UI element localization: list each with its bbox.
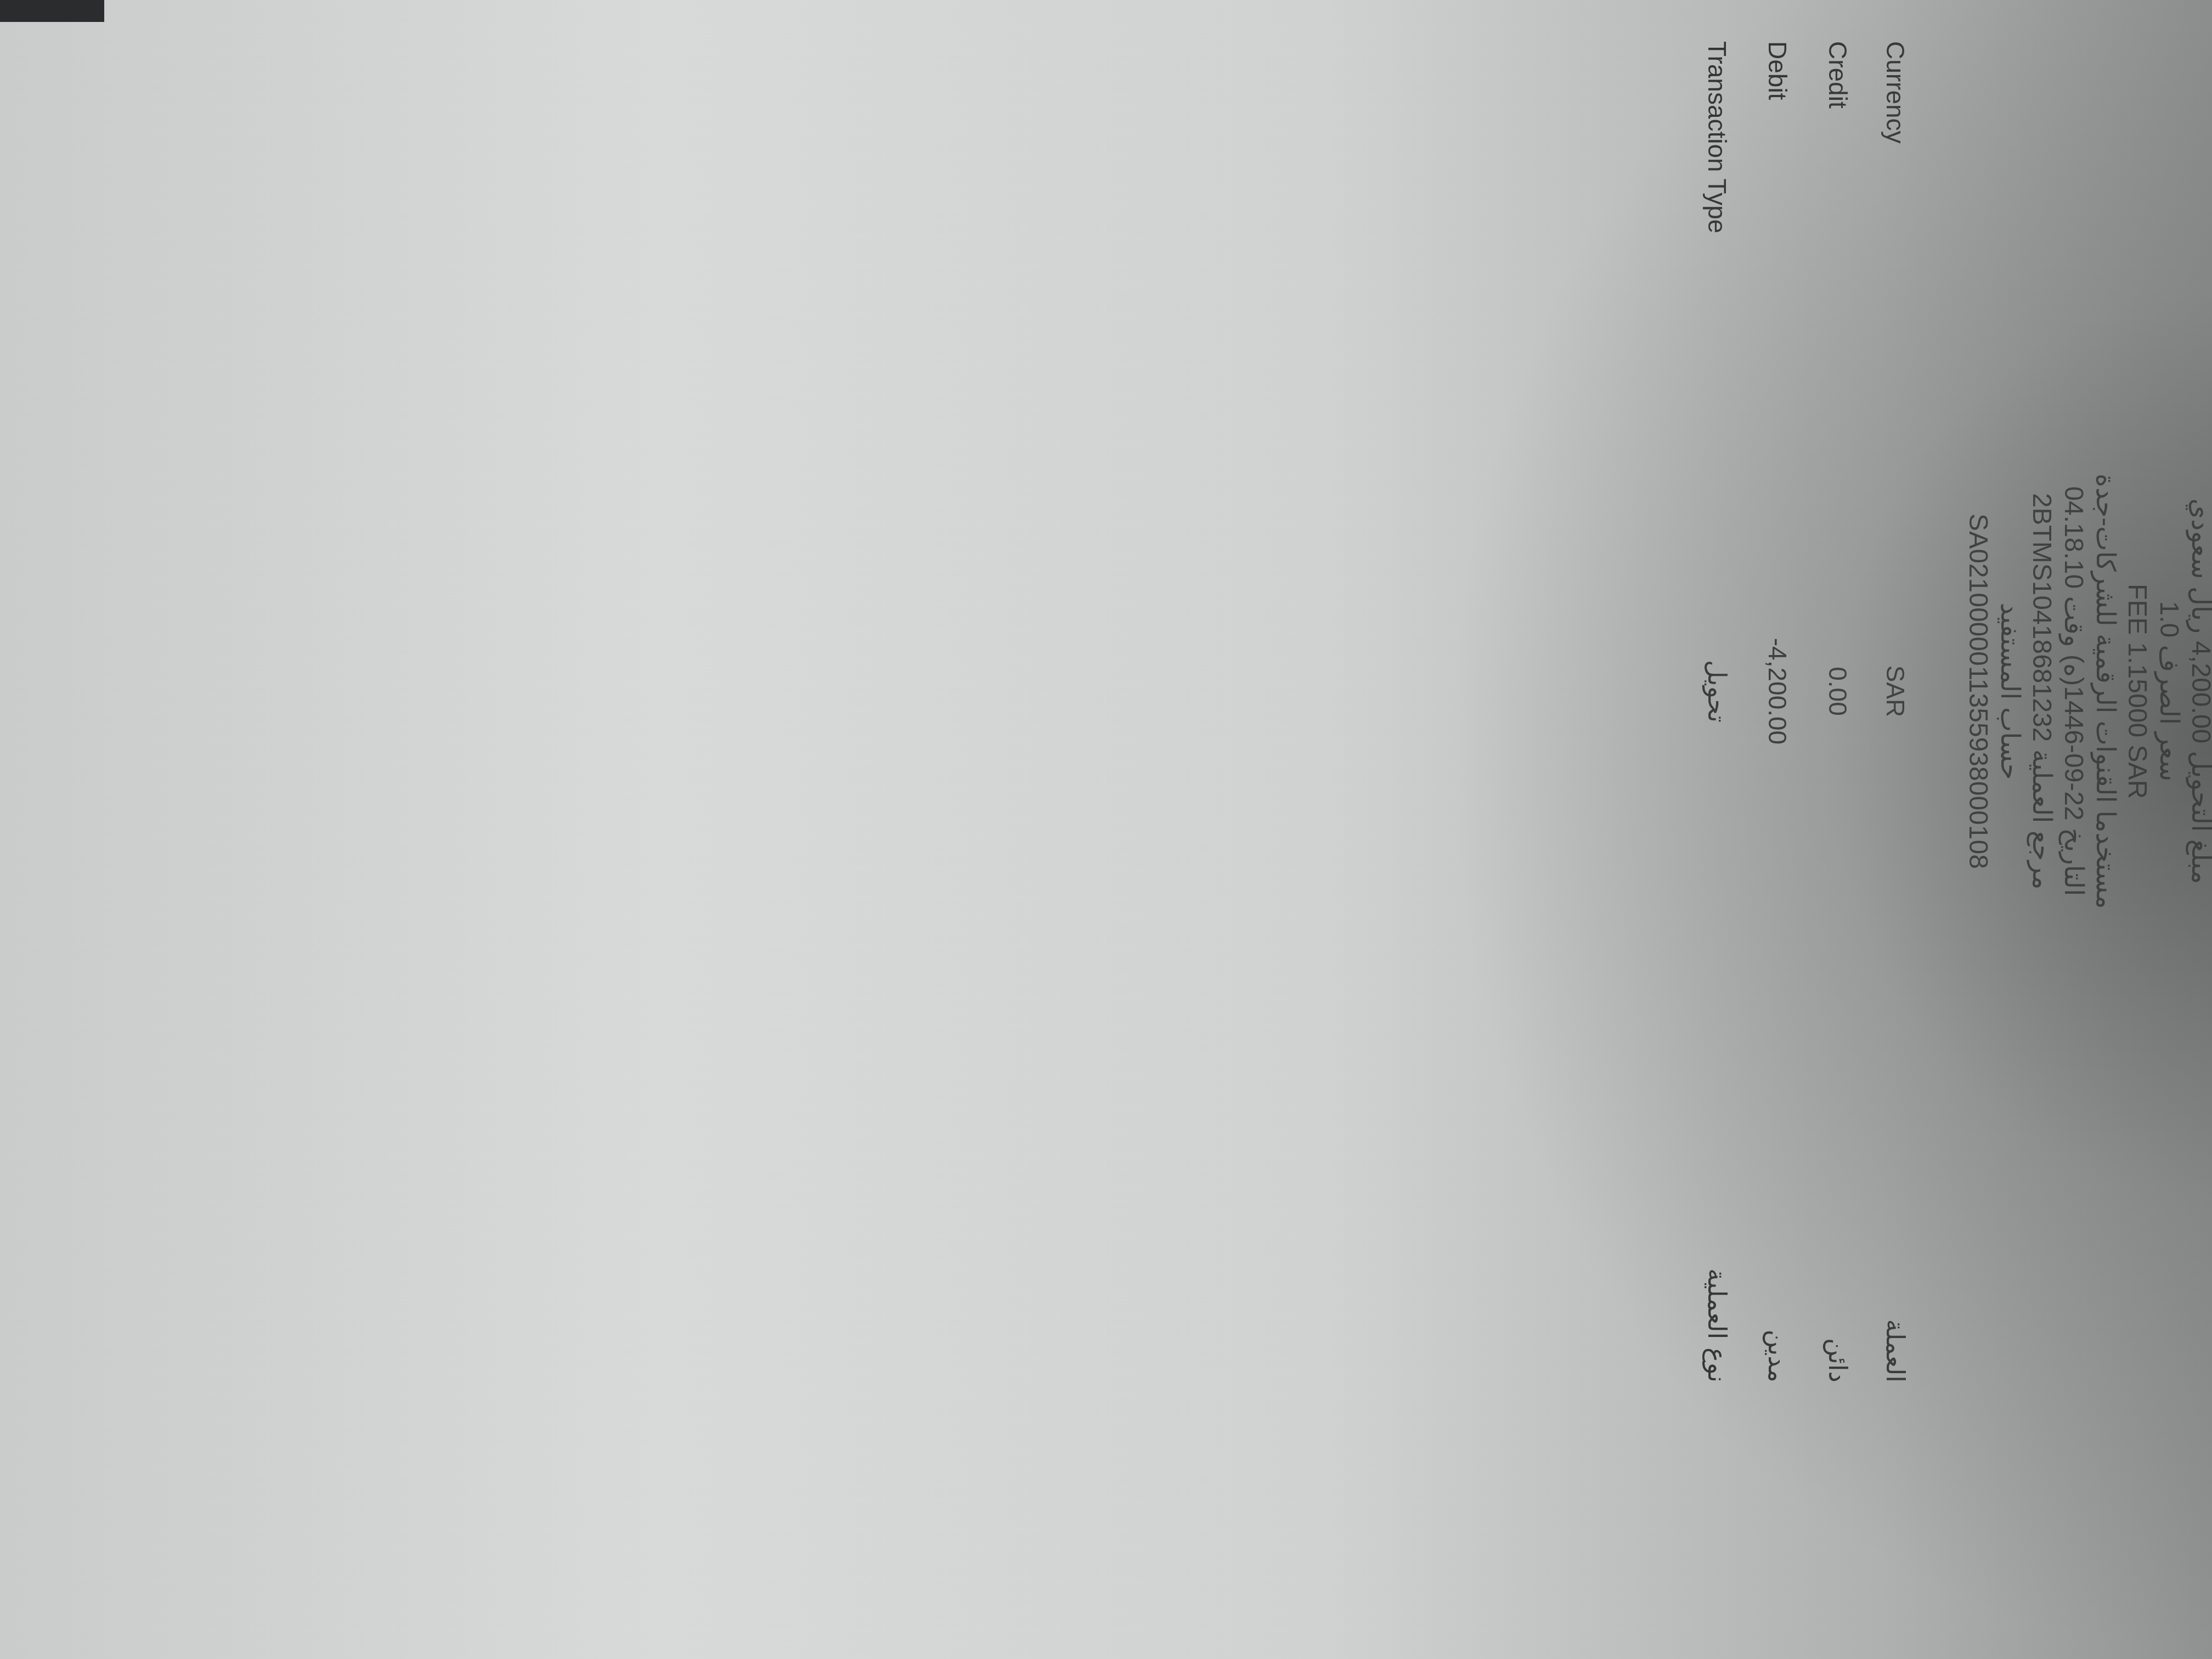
description-line: SA0210000011355938000108 bbox=[1962, 417, 1994, 966]
transaction-receipt-page: بنك الجزيرة BANK ALJAZIRA مؤسسة اقرا الا… bbox=[1609, 0, 2212, 1481]
description-line: مبلغ التحويل 4,200.00 ريال سعودي bbox=[2185, 417, 2212, 966]
debit-value: -4,200.00 bbox=[1763, 417, 1792, 966]
debit-label: Debit bbox=[1763, 41, 1792, 100]
currency-label-ar: العملة bbox=[1881, 1319, 1910, 1383]
description-line: التاريخ 22-09-1446(ه) وقت 04.18.10 bbox=[2057, 417, 2089, 966]
credit-label: Credit bbox=[1823, 41, 1853, 109]
description-line: سعر الصرف 1.0 bbox=[2153, 417, 2185, 966]
currency-value: SAR bbox=[1881, 417, 1910, 966]
debit-label-ar: مدين bbox=[1763, 1329, 1792, 1383]
transaction-type-label: Transaction Type bbox=[1702, 41, 1732, 233]
transaction-type-label-ar: نوع العملية bbox=[1702, 1268, 1732, 1383]
currency-label: Currency bbox=[1881, 41, 1910, 144]
credit-value: 0.00 bbox=[1823, 417, 1853, 966]
credit-label-ar: دائن bbox=[1823, 1338, 1853, 1383]
description-line: مستخدما القنوات الرقمية للشركات-جدة bbox=[2089, 417, 2121, 966]
photo-corner-shadow bbox=[0, 0, 104, 22]
description-line: حساب المستفيد bbox=[1994, 417, 2025, 966]
transaction-type-value: تحويل bbox=[1702, 417, 1732, 966]
description-line: مرجع العملية 2BTMS10418681232 bbox=[2025, 417, 2057, 966]
description-line: FEE 1.15000 SAR bbox=[2121, 417, 2153, 966]
description-value: حوالة فورية صادرة المستفيد رجاء محمد صال… bbox=[1962, 417, 2212, 966]
